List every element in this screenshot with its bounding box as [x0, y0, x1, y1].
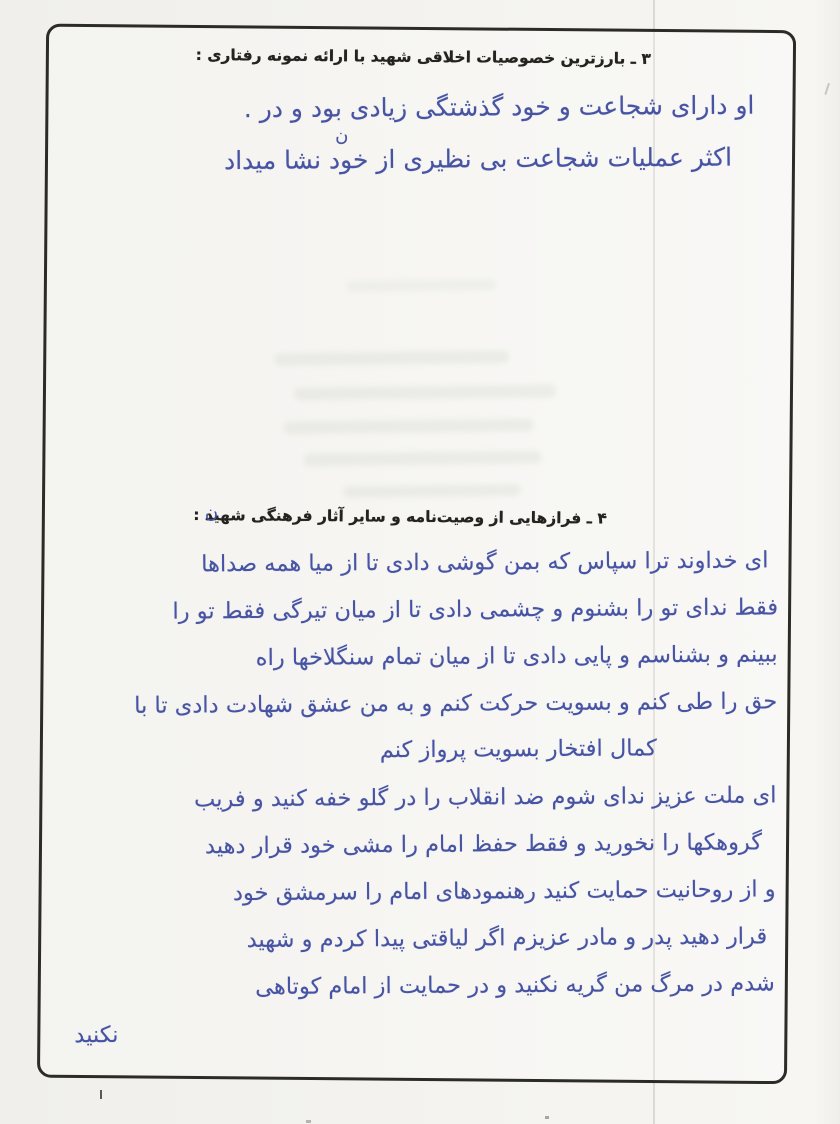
ink-bleedthrough-smudge — [343, 484, 521, 498]
handwritten-line: فقط ندای تو را بشنوم و چشمی دادی تا از م… — [56, 584, 778, 636]
handwritten-insertion-noon: ن — [335, 125, 348, 146]
handwritten-line: ای خداوند ترا سپاس که بمن گوشی دادی تا ا… — [56, 537, 768, 589]
margin-pen-mark — [824, 83, 836, 97]
handwritten-line: نکنید — [52, 1007, 774, 1059]
handwritten-line: و از روحانیت حمایت کنید رهنمودهای امام ر… — [53, 866, 775, 918]
question4-answer: ای خداوند ترا سپاس که بمن گوشی دادی تا ا… — [52, 537, 778, 1060]
ink-bleedthrough-smudge — [294, 384, 556, 400]
handwritten-insertion-noon: ن — [205, 502, 218, 523]
handwritten-line: قرار دهید پدر و مادر عزیزم اگر لیاقتی پی… — [53, 913, 767, 965]
question3-answer: او دارای شجاعت و خود گذشتگی زیادی بود و … — [82, 79, 755, 189]
question3-heading: ۳ ـ بارزترین خصوصیات اخلاقی شهید با ارائ… — [196, 46, 651, 68]
handwritten-line: اکثر عملیات شجاعت بی نظیری از خود نشا می… — [82, 132, 732, 189]
handwritten-line: او دارای شجاعت و خود گذشتگی زیادی بود و … — [82, 80, 754, 137]
ink-bleedthrough-smudge — [303, 450, 541, 466]
scanned-document-page: { "page": { "background": "#f3f2ee", "bo… — [0, 0, 840, 1124]
handwritten-line: حق را طی کنم و بسویت حرکت کنم و به من عش… — [55, 678, 777, 730]
scan-speck — [100, 1090, 102, 1099]
ink-bleedthrough-smudge — [274, 350, 509, 366]
scan-speck — [545, 1116, 549, 1119]
handwritten-line: گروهکها را نخورید و فقط حفظ امام را مشی … — [54, 819, 762, 871]
question4-heading: ۴ ـ فرازهایی از وصیت‌نامه و سایر آثار فر… — [193, 506, 607, 528]
scan-speck — [306, 1120, 311, 1123]
handwritten-line: شدم در مرگ من گریه نکنید و در حمایت از ا… — [53, 960, 775, 1012]
form-border-box: ۳ ـ بارزترین خصوصیات اخلاقی شهید با ارائ… — [37, 24, 796, 1085]
ink-bleedthrough-smudge — [284, 418, 534, 434]
handwritten-line: ببینم و بشناسم و پایی دادی تا از میان تم… — [56, 631, 778, 683]
handwritten-line: کمال افتخار بسویت پرواز کنم — [55, 725, 657, 776]
handwritten-line: ای ملت عزیز ندای شوم ضد انقلاب را در گلو… — [54, 772, 776, 824]
ink-bleedthrough-smudge — [347, 279, 497, 292]
